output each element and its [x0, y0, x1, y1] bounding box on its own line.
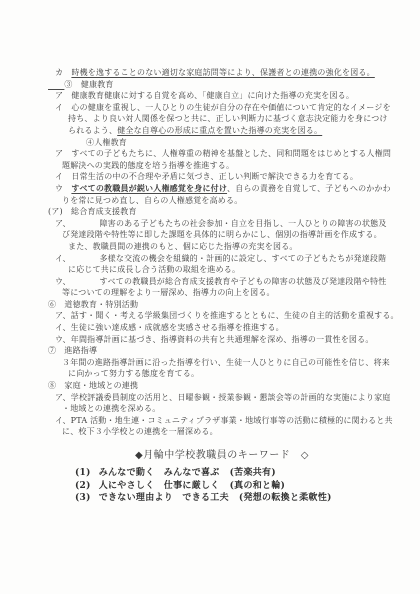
document-text-segment: ア、 障害のある子どもたちの社会参加・自立を目指し、一人ひとりの障害の状態及: [55, 219, 387, 228]
document-line: 等についての理解をより一層深め、指導力の向上を図る。: [48, 287, 390, 299]
keywords-heading: ◆月輪中学校教職員のキーワード ◇: [135, 446, 390, 461]
document-text-segment: ア すべての子どもたちに、人権尊重の精神を基盤とした、同和問題をはじめとする人権…: [55, 149, 391, 158]
document-text-segment: 題解決への実践的態度を培う指導を推進する。: [62, 161, 234, 170]
document-text-segment: ウ、 すべての教職員が総合育成支援教育や子どもの障害の状態及び発達段階や特性: [55, 277, 386, 286]
keyword-note: (発想の転換と柔軟性): [239, 493, 332, 503]
document-line: に応じて共に成長し合う活動の取組を進める。: [48, 264, 390, 276]
document-text-segment: りを常に見つめ直し、自らの人権感覚を高める。: [62, 196, 242, 205]
keyword-phrase: できない理由より できる工夫: [99, 493, 229, 503]
document-text-segment: イ、生徒に強い達成感・成就感を実感させる指導を推進する。: [55, 323, 284, 332]
document-text-segment: に応じて共に成長し合う活動の取組を進める。: [68, 265, 240, 274]
document-line: られるよう、健全な自尊心の形成に重点を置いた指導の充実を図る。: [48, 125, 390, 137]
document-text-segment: イ、PTA 活動・地生連・コミュニティプラザ事業・地域行事等の活動に積極的に関わ…: [55, 416, 393, 425]
document-text-segment: ア、学校評議委員制度の活用と、日曜参観・授業参観・懇談会等の計画的な実施により家…: [55, 393, 391, 402]
document-lines: カ 時機を逸することのない適切な家庭訪問等により、保護者との連携の強化を図る。 …: [48, 67, 390, 438]
document-text-segment: 健全な自尊心の形成に重点を置いた指導の充実を図る。: [117, 126, 322, 135]
document-text-segment: ・地域との連携を深める。: [62, 404, 160, 413]
keyword-item: (1)みんなで動く みんなで喜ぶ(苦楽共有): [75, 467, 390, 480]
document-text-segment: [48, 80, 64, 89]
keywords-section: ◆月輪中学校教職員のキーワード ◇ (1)みんなで動く みんなで喜ぶ(苦楽共有)…: [48, 446, 390, 505]
document-line: び発達段階や特性等に即した課題を具体的に明らかにし、個別の指導計画を作成する。: [48, 229, 390, 241]
document-line: に、校下３小学校との連携を一層深める。: [48, 426, 390, 438]
document-line: ⑥ 道徳教育・特別活動: [48, 299, 390, 311]
document-line: に向かって努力する態度を育てる。: [48, 368, 390, 380]
scanned-document-page: カ 時機を逸することのない適切な家庭訪問等により、保護者との連携の強化を図る。 …: [0, 0, 420, 594]
document-line: ウ すべての教職員が鋭い人権感覚を身に付け、自らの責務を自覚して、子どもへのかか…: [48, 183, 390, 195]
keyword-number: (3): [75, 493, 91, 503]
document-text-segment: また、教職員間の連携のもと、個に応じた指導の充実を図る。: [68, 242, 298, 251]
document-text-segment: ⑦ 進路指導: [48, 346, 97, 355]
document-line: ア、話す・聞く・考える学級集団づくりを推進するとともに、生徒の自主的活動を重視す…: [48, 310, 390, 322]
document-text-segment: られるよう、: [68, 126, 117, 135]
document-line: ウ、年間指導計画に基づき、指導資料の共有と共通理解を深め、指導の一貫性を図る。: [48, 334, 390, 346]
keyword-number: (1): [75, 468, 91, 478]
document-line: ・地域との連携を深める。: [48, 403, 390, 415]
document-text-segment: 持ち、より良い対人関係を保つと共に、正しい判断力に基づく意志決定能力を身につけ: [68, 114, 388, 123]
document-text-segment: ウ: [55, 184, 71, 193]
document-text-segment: (ア) 総合育成支援教育: [48, 207, 137, 216]
document-line: ア、学校評議委員制度の活用と、日曜参観・授業参観・懇談会等の計画的な実施により家…: [48, 392, 390, 404]
keyword-phrase: 人にやさしく 仕事に厳しく: [99, 481, 220, 491]
document-line: ３年間の進路指導計画に沿った指導を行い、生徒一人ひとりに自己の可能性を信じ、将来: [48, 357, 390, 369]
document-line: カ 時機を逸することのない適切な家庭訪問等により、保護者との連携の強化を図る。: [48, 67, 390, 79]
keyword-items: (1)みんなで動く みんなで喜ぶ(苦楽共有)(2)人にやさしく 仕事に厳しく(真…: [75, 467, 390, 505]
document-line: 題解決への実践的態度を培う指導を推進する。: [48, 160, 390, 172]
document-text-segment: ア 健康教育健康に対する自覚を高め、「健康自立」に向けた指導の充実を図る。: [55, 91, 354, 100]
document-line: ア 健康教育健康に対する自覚を高め、「健康自立」に向けた指導の充実を図る。: [48, 90, 390, 102]
document-text-segment: ⑧ 家庭・地域との連携: [48, 381, 138, 390]
document-text-segment: 等についての理解をより一層深め、指導力の向上を図る。: [62, 288, 275, 297]
document-line: ア すべての子どもたちに、人権尊重の精神を基盤とした、同和問題をはじめとする人権…: [48, 148, 390, 160]
document-line: イ、生徒に強い達成感・成就感を実感させる指導を推進する。: [48, 322, 390, 334]
document-line: イ 心の健康を重視し、一人ひとりの生徒が自分の存在や価値について肯定的なイメージ…: [48, 102, 390, 114]
document-line: また、教職員間の連携のもと、個に応じた指導の充実を図る。: [48, 241, 390, 253]
document-text-segment: 時機を逸することのない適切な家庭訪問等により、保護者との連携の強化を図る。: [71, 68, 374, 77]
document-text-segment: に、校下３小学校との連携を一層深める。: [62, 427, 218, 436]
keyword-item: (2)人にやさしく 仕事に厳しく(真の和と輪): [75, 480, 390, 493]
document-line: イ、PTA 活動・地生連・コミュニティプラザ事業・地域行事等の活動に積極的に関わ…: [48, 415, 390, 427]
document-text-segment: ③ 健康教育: [64, 80, 113, 89]
keyword-number: (2): [75, 481, 91, 491]
document-text-segment: ア、話す・聞く・考える学級集団づくりを推進するとともに、生徒の自主的活動を重視す…: [55, 311, 399, 320]
document-text-segment: び発達段階や特性等に即した課題を具体的に明らかにし、個別の指導計画を作成する。: [62, 230, 382, 239]
document-line: 持ち、より良い対人関係を保つと共に、正しい判断力に基づく意志決定能力を身につけ: [48, 113, 390, 125]
document-line: ⑧ 家庭・地域との連携: [48, 380, 390, 392]
document-text-segment: イ、 多様な交流の機会を組織的・計画的に設定し、すべての子どもたちが発達段階: [55, 254, 386, 263]
document-text-segment: ⑥ 道徳教育・特別活動: [48, 300, 138, 309]
document-text-segment: ウ、年間指導計画に基づき、指導資料の共有と共通理解を深め、指導の一貫性を図る。: [55, 335, 374, 344]
keyword-item: (3)できない理由より できる工夫(発想の転換と柔軟性): [75, 492, 390, 505]
keyword-note: (真の和と輪): [230, 481, 286, 491]
document-line: ④人権教育: [48, 137, 390, 149]
document-text-segment: ④人権教育: [86, 138, 127, 147]
document-text-segment: に向かって努力する態度を育てる。: [68, 369, 199, 378]
document-line: ⑦ 進路指導: [48, 345, 390, 357]
document-text-segment: カ: [55, 68, 71, 77]
document-line: (ア) 総合育成支援教育: [48, 206, 390, 218]
document-line: りを常に見つめ直し、自らの人権感覚を高める。: [48, 195, 390, 207]
keyword-phrase: みんなで動く みんなで喜ぶ: [99, 468, 220, 478]
document-text-segment: すべての教職員が鋭い人権感覚を身に付け: [71, 183, 227, 193]
document-line: イ、 多様な交流の機会を組織的・計画的に設定し、すべての子どもたちが発達段階: [48, 253, 390, 265]
document-line: イ 日常生活の中の不合理や矛盾に気づき、正しい判断で解決できる力を育てる。: [48, 171, 390, 183]
document-text-segment: イ 心の健康を重視し、一人ひとりの生徒が自分の存在や価値について肯定的なイメージ…: [55, 103, 391, 112]
keyword-note: (苦楽共有): [230, 468, 276, 478]
document-text-segment: ３年間の進路指導計画に沿った指導を行い、生徒一人ひとりに自己の可能性を信じ、将来: [62, 358, 390, 367]
document-text-segment: イ 日常生活の中の不合理や矛盾に気づき、正しい判断で解決できる力を育てる。: [55, 172, 358, 181]
document-line: ア、 障害のある子どもたちの社会参加・自立を目指し、一人ひとりの障害の状態及: [48, 218, 390, 230]
document-text-segment: 、自らの責務を自覚して、子どもへのかかわ: [227, 184, 391, 193]
document-line: ③ 健康教育: [48, 79, 390, 91]
document-line: ウ、 すべての教職員が総合育成支援教育や子どもの障害の状態及び発達段階や特性: [48, 276, 390, 288]
